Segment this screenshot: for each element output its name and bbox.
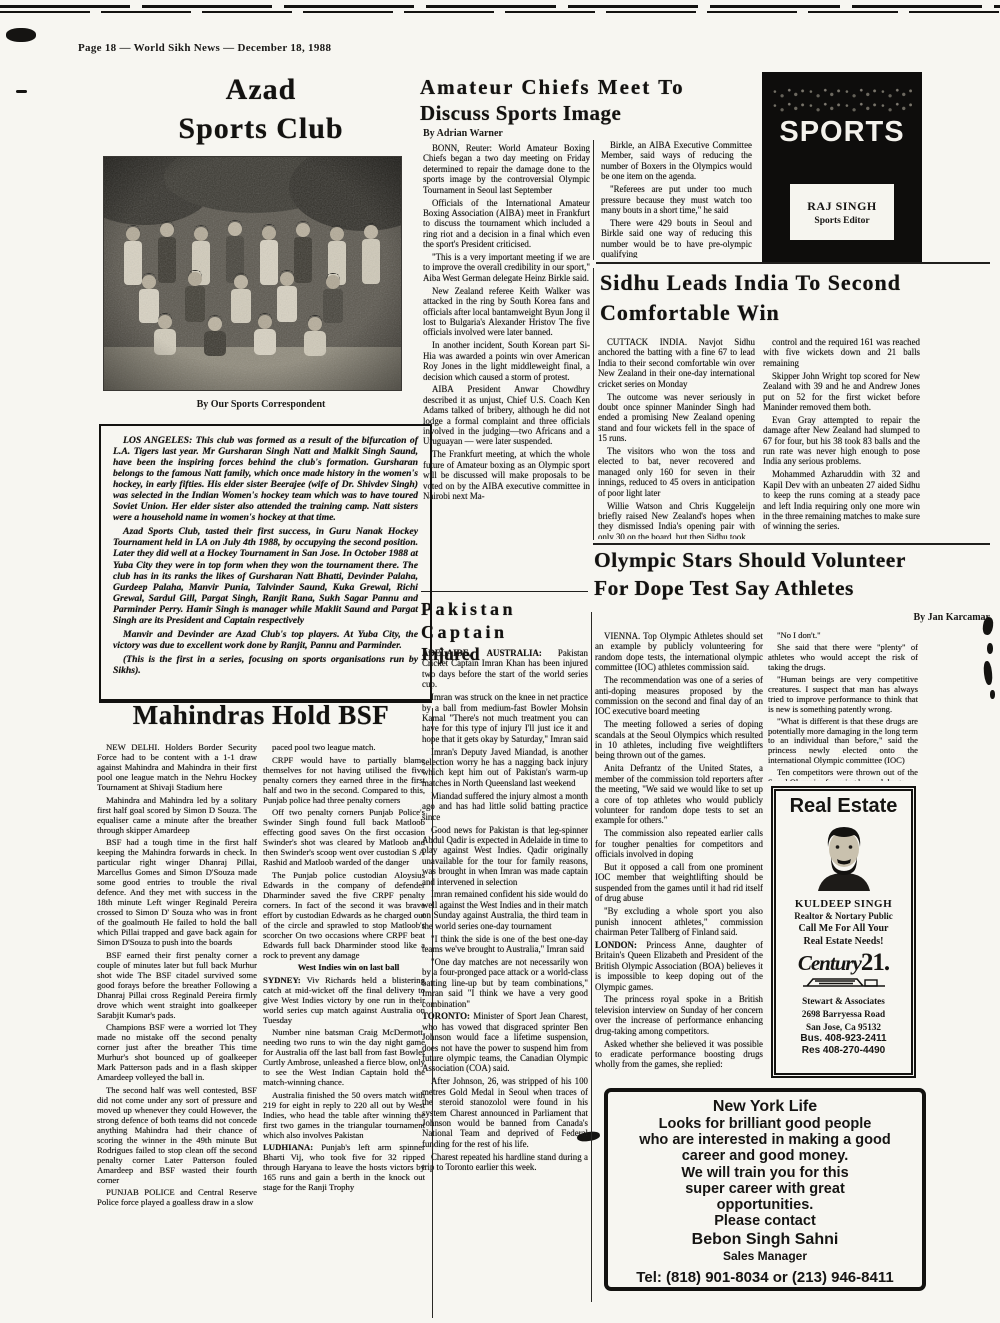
amateur-headline-line2: Discuss Sports Image (420, 100, 762, 126)
paragraph: Azad Sports Club, tasted their first suc… (113, 526, 418, 625)
real-estate-ad: Real Estate KULDEEP SINGH Realtor & Nort… (771, 786, 916, 1078)
paragraph: who are interested in making a good (612, 1132, 918, 1148)
paragraph: "One day matches are not necessarily won… (422, 957, 588, 1009)
sports-section-title: SPORTS (762, 116, 922, 149)
paragraph: ADELAIDE, AUSTRALIA: Pakistan Cricket Ca… (422, 648, 588, 690)
paragraph: But it opposed a call from one prominent… (595, 862, 763, 904)
paragraph: Asked whether she believed it was possib… (595, 1039, 763, 1070)
pakistan-column: ADELAIDE, AUSTRALIA: Pakistan Cricket Ca… (422, 648, 588, 1296)
paragraph: There were 429 bouts in Seoul and Birkle… (601, 218, 752, 258)
azad-headline-line1: Azad (95, 70, 427, 109)
paragraph: We will train you for this (612, 1165, 918, 1181)
team-photo (103, 156, 402, 391)
scan-mark (990, 690, 995, 699)
sports-section-box: SPORTS RAJ SINGH Sports Editor (762, 72, 922, 262)
olympic-byline: By Jan Karcamar (740, 612, 990, 623)
paragraph: Mohammed Azharuddin with 32 and Kapil De… (763, 469, 920, 531)
paragraph: Champions BSF were a worried lot They ma… (97, 1022, 257, 1082)
paragraph: Officials of the International Amateur B… (423, 198, 590, 250)
paragraph: Anita Defrantz of the United States, a m… (595, 763, 763, 825)
paragraph: opportunities. (612, 1197, 918, 1213)
century21-word: Century (798, 951, 861, 975)
paragraph: PUNJAB POLICE and Central Reserve Police… (97, 1187, 257, 1207)
ny-life-contact-name: Bebon Singh Sahni (612, 1231, 918, 1249)
amateur-column-1: BONN, Reuter: World Amateur Boxing Chief… (423, 143, 590, 589)
paragraph: "I think the side is one of the best one… (422, 934, 588, 955)
paragraph: LUDHIANA: Punjab's left arm spinner Bhar… (263, 1142, 425, 1192)
azad-headline-line2: Sports Club (95, 109, 427, 148)
top-rule (0, 5, 1000, 8)
mahindras-headline: Mahindras Hold BSF (95, 700, 427, 731)
paragraph: VIENNA. Top Olympic Athletes should set … (595, 631, 763, 673)
paragraph: "Human beings are very competitive creat… (768, 675, 918, 714)
pakistan-headline-line1: Pakistan Captain (421, 598, 591, 643)
paragraph: (This is the first in a series, focusing… (113, 654, 418, 676)
paragraph: The Frankfurt meeting, at which the whol… (423, 449, 590, 501)
west-indies-subhead: West Indies win on last ball (263, 962, 425, 972)
paragraph: Mahindra and Mahindra led by a solitary … (97, 795, 257, 835)
paragraph: The Punjab police custodian Aloysius Edw… (263, 870, 425, 960)
newspaper-page: Page 18 — World Sikh News — December 18,… (0, 0, 1000, 1323)
paragraph: After Johnson, 26, was stripped of his 1… (422, 1076, 588, 1149)
azad-headline: Azad Sports Club (95, 70, 427, 148)
olympic-headline-line1: Olympic Stars Should Volunteer (594, 547, 992, 575)
paragraph: CUTTACK INDIA. Navjot Sidhu anchored the… (598, 337, 755, 389)
paragraph: Imran remained confident his side would … (422, 889, 588, 931)
section-rule (421, 591, 588, 592)
ny-life-phone: Tel: (818) 901-8034 or (213) 946-8411 (612, 1269, 918, 1286)
realtor-phone-business: Bus. 408-923-2411 (779, 1033, 908, 1044)
amateur-column-2: Birkle, an AIBA Executive Committee Memb… (601, 140, 752, 258)
century21-logo: Century21. (779, 950, 908, 975)
century21-number: 21. (861, 949, 889, 976)
paragraph: Ten competitors were thrown out of the S… (768, 768, 918, 781)
paragraph: The outcome was never seriously in doubt… (598, 392, 755, 444)
sports-box-texture (772, 86, 912, 116)
real-estate-ad-title: Real Estate (779, 795, 908, 818)
new-york-life-ad: New York Life Looks for brilliant good p… (604, 1088, 926, 1291)
paragraph: Australia finished the 50 overs match wi… (263, 1090, 425, 1140)
paragraph: Evan Gray attempted to repair the damage… (763, 415, 920, 467)
sidhu-headline-line1: Sidhu Leads India To Second (600, 268, 992, 298)
olympic-column-2: "No I don't."She said that there were "p… (768, 631, 918, 781)
realtor-tagline-2: Call Me For All Your (779, 923, 908, 934)
paragraph: "What is different is that these drugs a… (768, 717, 918, 766)
paragraph: Manvir and Devinder are Azad Club's top … (113, 629, 418, 651)
paragraph: The commission also repeated earlier cal… (595, 828, 763, 859)
realtor-address-2: San Jose, Ca 95132 (779, 1022, 908, 1032)
paragraph: paced pool two league match. (263, 742, 425, 752)
mahindras-column-1: NEW DELHI. Holders Border Security Force… (97, 742, 257, 1320)
column-rule (593, 140, 594, 260)
paragraph: She said that there were "plenty" of ath… (768, 643, 918, 672)
paragraph: "Referees are put under too much pressur… (601, 184, 752, 215)
paragraph: Imran was struck on the knee in net prac… (422, 692, 588, 744)
olympic-headline-line2: For Dope Test Say Athletes (594, 575, 992, 603)
realtor-tagline-3: Real Estate Needs! (779, 936, 908, 947)
sidhu-headline-line2: Comfortable Win (600, 298, 992, 328)
paragraph: "This is a very important meeting if we … (423, 252, 590, 283)
paragraph: BSF earned their first penalty corner a … (97, 950, 257, 1020)
paragraph: The visitors who won the toss and electe… (598, 446, 755, 498)
amateur-headline-line1: Amateur Chiefs Meet To (420, 74, 762, 100)
paragraph: career and good money. (612, 1148, 918, 1164)
paragraph: Miandad suffered the injury almost a mon… (422, 791, 588, 822)
paragraph: The princess royal spoke in a British te… (595, 994, 763, 1036)
paragraph: LOS ANGELES: This club was formed as a r… (113, 435, 418, 523)
olympic-headline: Olympic Stars Should Volunteer For Dope … (594, 547, 992, 603)
sports-editor-box: RAJ SINGH Sports Editor (790, 184, 894, 240)
scan-mark (987, 643, 993, 654)
century21-house-icon (801, 975, 887, 988)
paragraph: The recommendation was one of a series o… (595, 675, 763, 717)
paragraph: In another incident, South Korean part S… (423, 340, 590, 382)
olympic-column-1: VIENNA. Top Olympic Athletes should set … (595, 631, 763, 1083)
section-rule (593, 543, 990, 545)
paragraph: The meeting followed a series of doping … (595, 719, 763, 761)
paragraph: Good news for Pakistan is that leg-spinn… (422, 825, 588, 887)
column-rule (591, 612, 592, 1302)
mahindras-column-2: paced pool two league match.CRPF would h… (263, 742, 425, 1320)
ny-life-ad-title: New York Life (612, 1098, 918, 1116)
section-rule (596, 262, 990, 264)
amateur-byline: By Adrian Warner (423, 128, 503, 139)
realtor-name: KULDEEP SINGH (779, 898, 908, 910)
ny-life-ad-body: Looks for brilliant good peoplewho are i… (612, 1116, 918, 1230)
paragraph: "By excluding a whole sport you also pun… (595, 906, 763, 937)
paragraph: BSF had a tough time in the first half k… (97, 837, 257, 947)
scan-mark (16, 90, 27, 93)
paragraph: New Zealand referee Keith Walker was att… (423, 286, 590, 338)
amateur-headline: Amateur Chiefs Meet To Discuss Sports Im… (420, 74, 762, 127)
azad-article-text: LOS ANGELES: This club was formed as a r… (113, 435, 418, 676)
paragraph: CRPF would have to partially blame thems… (263, 755, 425, 805)
sports-editor-role: Sports Editor (814, 216, 869, 226)
sidhu-column-1: CUTTACK INDIA. Navjot Sidhu anchored the… (598, 337, 755, 539)
mahindras-column-2-part2: SYDNEY: Viv Richards held a blistering c… (263, 975, 425, 1193)
paragraph: Looks for brilliant good people (612, 1116, 918, 1132)
paragraph: super career with great (612, 1181, 918, 1197)
azad-article-box: LOS ANGELES: This club was formed as a r… (99, 424, 432, 703)
paragraph: AIBA President Anwar Chowdhry described … (423, 384, 590, 446)
scan-mark (983, 661, 993, 686)
paragraph: Please contact (612, 1213, 918, 1229)
paragraph: Willie Watson and Chris Kuggeleijn brief… (598, 501, 755, 539)
paragraph: LONDON: Princess Anne, daughter of Brita… (595, 940, 763, 992)
ny-life-contact-role: Sales Manager (612, 1249, 918, 1263)
paragraph: Off two penalty corners Punjab Police's … (263, 807, 425, 867)
paragraph: control and the required 161 was reached… (763, 337, 920, 368)
sidhu-headline: Sidhu Leads India To Second Comfortable … (600, 268, 992, 327)
paragraph: The second half was well contested, BSF … (97, 1085, 257, 1185)
paragraph: Birkle, an AIBA Executive Committee Memb… (601, 140, 752, 182)
realtor-tagline-1: Realtor & Nortary Public (779, 911, 908, 921)
paragraph: NEW DELHI. Holders Border Security Force… (97, 742, 257, 792)
paragraph: Imran's Deputy Javed Miandad, is another… (422, 747, 588, 789)
column-rule (593, 268, 594, 540)
realtor-address-1: 2698 Barryessa Road (779, 1009, 908, 1019)
scan-smudge (6, 28, 36, 42)
paragraph: SYDNEY: Viv Richards held a blistering c… (263, 975, 425, 1025)
page-header: Page 18 — World Sikh News — December 18,… (78, 42, 331, 54)
paragraph: Charest repeated his hardline stand duri… (422, 1152, 588, 1173)
team-photo-image (104, 157, 401, 390)
realtor-portrait (808, 819, 880, 891)
paragraph: Skipper John Wright top scored for New Z… (763, 371, 920, 413)
paragraph: BONN, Reuter: World Amateur Boxing Chief… (423, 143, 590, 195)
realtor-firm: Stewart & Associates (779, 996, 908, 1006)
sidhu-column-2: control and the required 161 was reached… (763, 337, 920, 539)
azad-byline: By Our Sports Correspondent (95, 399, 427, 410)
realtor-phone-residence: Res 408-270-4490 (779, 1045, 908, 1056)
sports-editor-name: RAJ SINGH (807, 199, 877, 214)
mahindras-column-2-part1: paced pool two league match.CRPF would h… (263, 742, 425, 960)
paragraph: TORONTO: Minister of Sport Jean Charest,… (422, 1011, 588, 1073)
top-rule-2 (0, 11, 1000, 13)
paragraph: Number nine batsman Craig McDermott, nee… (263, 1027, 425, 1087)
paragraph: "No I don't." (768, 631, 918, 641)
